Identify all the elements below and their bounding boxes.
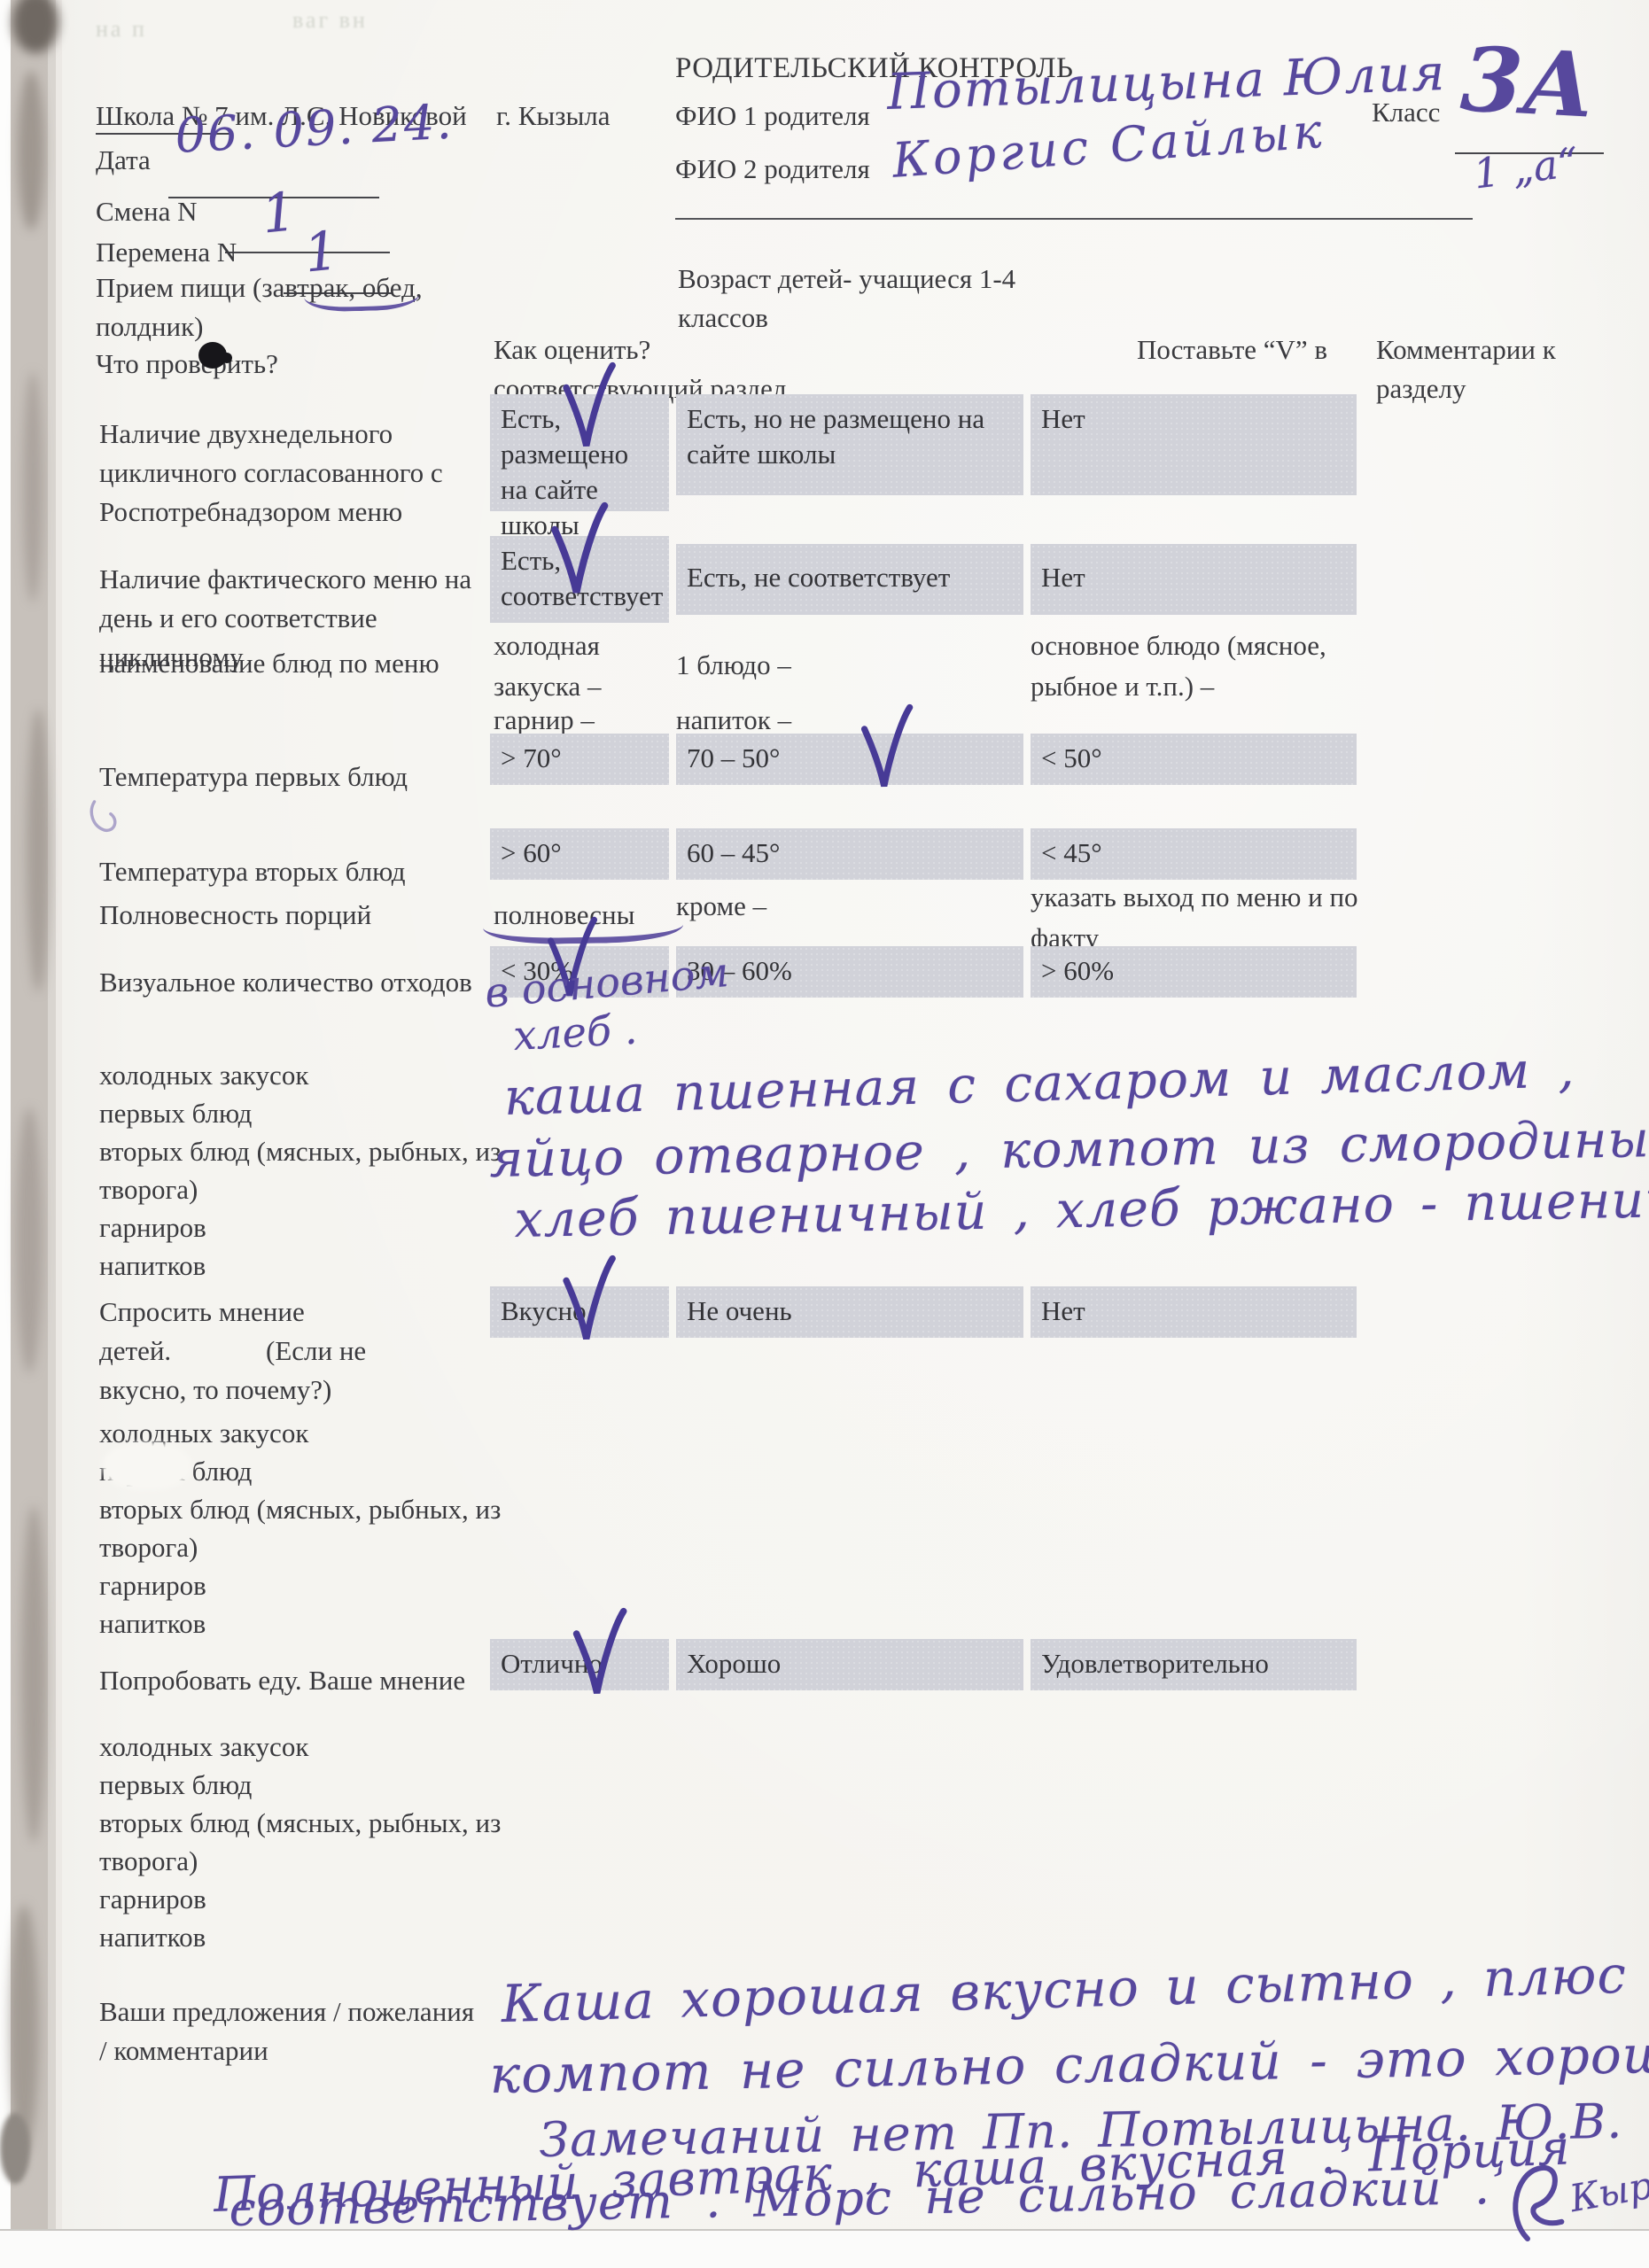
suggestions-label-line2: / комментарии xyxy=(99,2032,268,2070)
whiteout-blob xyxy=(106,1446,188,1487)
fio1-label: ФИО 1 родителя xyxy=(675,97,870,135)
checkmark-icon xyxy=(556,1254,620,1345)
list-item: напитков xyxy=(99,1918,516,1956)
row-label-ask-children-line2a: детей. xyxy=(99,1332,171,1370)
option-text: 1 блюдо – xyxy=(676,647,791,684)
row-label-portions: Полновесность порций xyxy=(99,897,371,934)
class-label: Класс xyxy=(1372,94,1440,131)
option-cell[interactable]: Нет xyxy=(1031,544,1357,615)
option-cell[interactable]: Удовлетворительно xyxy=(1031,1639,1357,1690)
column-put-v: Поставьте “V” в xyxy=(1137,331,1327,369)
bleed-through-mark: на п xyxy=(96,16,147,43)
list-item: гарниров xyxy=(99,1566,516,1604)
checkmark-icon xyxy=(556,361,620,452)
option-cell[interactable]: Не очень xyxy=(676,1286,1023,1338)
row-label-ask-children-line2b: (Если не xyxy=(266,1332,366,1370)
row-label-taste-food: Попробовать еду. Ваше мнение xyxy=(99,1662,465,1699)
scan-smudge xyxy=(18,71,44,230)
option-cell[interactable]: > 60% xyxy=(1031,946,1357,998)
comment-handwritten-line2[interactable]: компот не сильно сладкий - это хорошо ! xyxy=(489,2023,1649,2105)
scan-smudge xyxy=(0,2113,30,2184)
row-label-menu-cyclic: Наличие двухнедельного цикличного соглас… xyxy=(99,415,498,532)
age-line1: Возраст детей- учащиеся 1-4 xyxy=(678,260,1015,298)
checkmark-icon xyxy=(855,703,917,792)
scan-smudge xyxy=(21,1506,46,1843)
option-cell[interactable]: Нет xyxy=(1031,394,1357,495)
break-label: Перемена N xyxy=(96,234,237,271)
option-cell[interactable]: Есть, не соответствует xyxy=(676,544,1023,615)
scan-smudge xyxy=(23,372,43,602)
option-cell[interactable]: > 70° xyxy=(490,734,669,785)
row-label-temp-second: Температура вторых блюд xyxy=(99,853,406,890)
scan-smudge xyxy=(27,709,50,992)
option-cell[interactable]: Нет xyxy=(1031,1286,1357,1338)
row-label-ask-children-line3: вкусно, то почему?) xyxy=(99,1371,331,1409)
list-item: первых блюд xyxy=(99,1766,516,1804)
list-item: холодных закусок xyxy=(99,1728,516,1766)
column-comments-line1: Комментарии к xyxy=(1376,331,1556,369)
ink-scribble xyxy=(84,794,125,838)
waste-handwritten-note2[interactable]: хлеб . xyxy=(512,1006,638,1060)
date-label: Дата xyxy=(96,142,151,179)
list-item: первых блюд xyxy=(99,1094,516,1132)
age-line2: классов xyxy=(678,299,768,337)
bleed-through-mark: ваг вн xyxy=(292,7,368,34)
ink-blot xyxy=(222,353,232,363)
option-cell[interactable]: Есть, но не размещено на сайте школы xyxy=(676,394,1023,495)
option-cell[interactable]: 60 – 45° xyxy=(676,828,1023,880)
column-what-check: Что проверить? xyxy=(96,346,278,383)
scan-smudge xyxy=(16,1107,43,1373)
option-text: холодная закуска – xyxy=(494,625,671,707)
category-list-3: холодных закусокпервых блюдвторых блюд (… xyxy=(99,1728,516,1956)
suggestions-label-line1: Ваши предложения / пожелания xyxy=(99,1993,474,2031)
row-label-temp-first: Температура первых блюд xyxy=(99,758,408,796)
category-list-1: холодных закусокпервых блюдвторых блюд (… xyxy=(99,1056,516,1285)
list-item: напитков xyxy=(99,1247,516,1285)
list-item: холодных закусок xyxy=(99,1056,516,1094)
row-label-ask-children-line1: Спросить мнение xyxy=(99,1293,305,1331)
list-item: вторых блюд (мясных, рыбных, из творога) xyxy=(99,1804,516,1880)
shift-label: Смена N xyxy=(96,193,198,230)
shift-handwritten-value[interactable]: 1 xyxy=(259,181,299,246)
column-comments-line2: разделу xyxy=(1376,370,1466,408)
list-item: вторых блюд (мясных, рыбных, из творога) xyxy=(99,1490,516,1566)
list-item: гарниров xyxy=(99,1208,516,1247)
row-label-waste: Визуальное количество отходов xyxy=(99,964,472,1001)
comment-handwritten-line1[interactable]: Каша хорошая вкусно и сытно , плюс яйцо … xyxy=(501,1939,1649,2034)
list-item: напитков xyxy=(99,1604,516,1643)
scanned-form-page: на п ваг вн РОДИТЕЛЬСКИЙ КОНТРОЛЬ Школа … xyxy=(0,0,1649,2268)
option-cell[interactable]: 70 – 50° xyxy=(676,734,1023,785)
checkmark-icon xyxy=(544,501,613,599)
fio2-underline xyxy=(675,183,1473,220)
row-label-dish-names: наименование блюд по меню xyxy=(99,645,439,682)
option-text: кроме – xyxy=(676,888,766,925)
list-item: гарниров xyxy=(99,1880,516,1918)
meal-label-line2: полдник) xyxy=(96,308,204,346)
checkmark-icon xyxy=(565,1607,633,1699)
option-cell[interactable]: Хорошо xyxy=(676,1639,1023,1690)
school-city: г. Кызыла xyxy=(496,97,611,135)
list-item: вторых блюд (мясных, рыбных, из творога) xyxy=(99,1132,516,1208)
option-cell[interactable]: < 50° xyxy=(1031,734,1357,785)
option-cell[interactable]: < 45° xyxy=(1031,828,1357,880)
breakfast-hand-underline xyxy=(303,271,419,312)
option-text: основное блюдо (мясное, рыбное и т.п.) – xyxy=(1031,625,1385,707)
option-cell[interactable]: > 60° xyxy=(490,828,669,880)
